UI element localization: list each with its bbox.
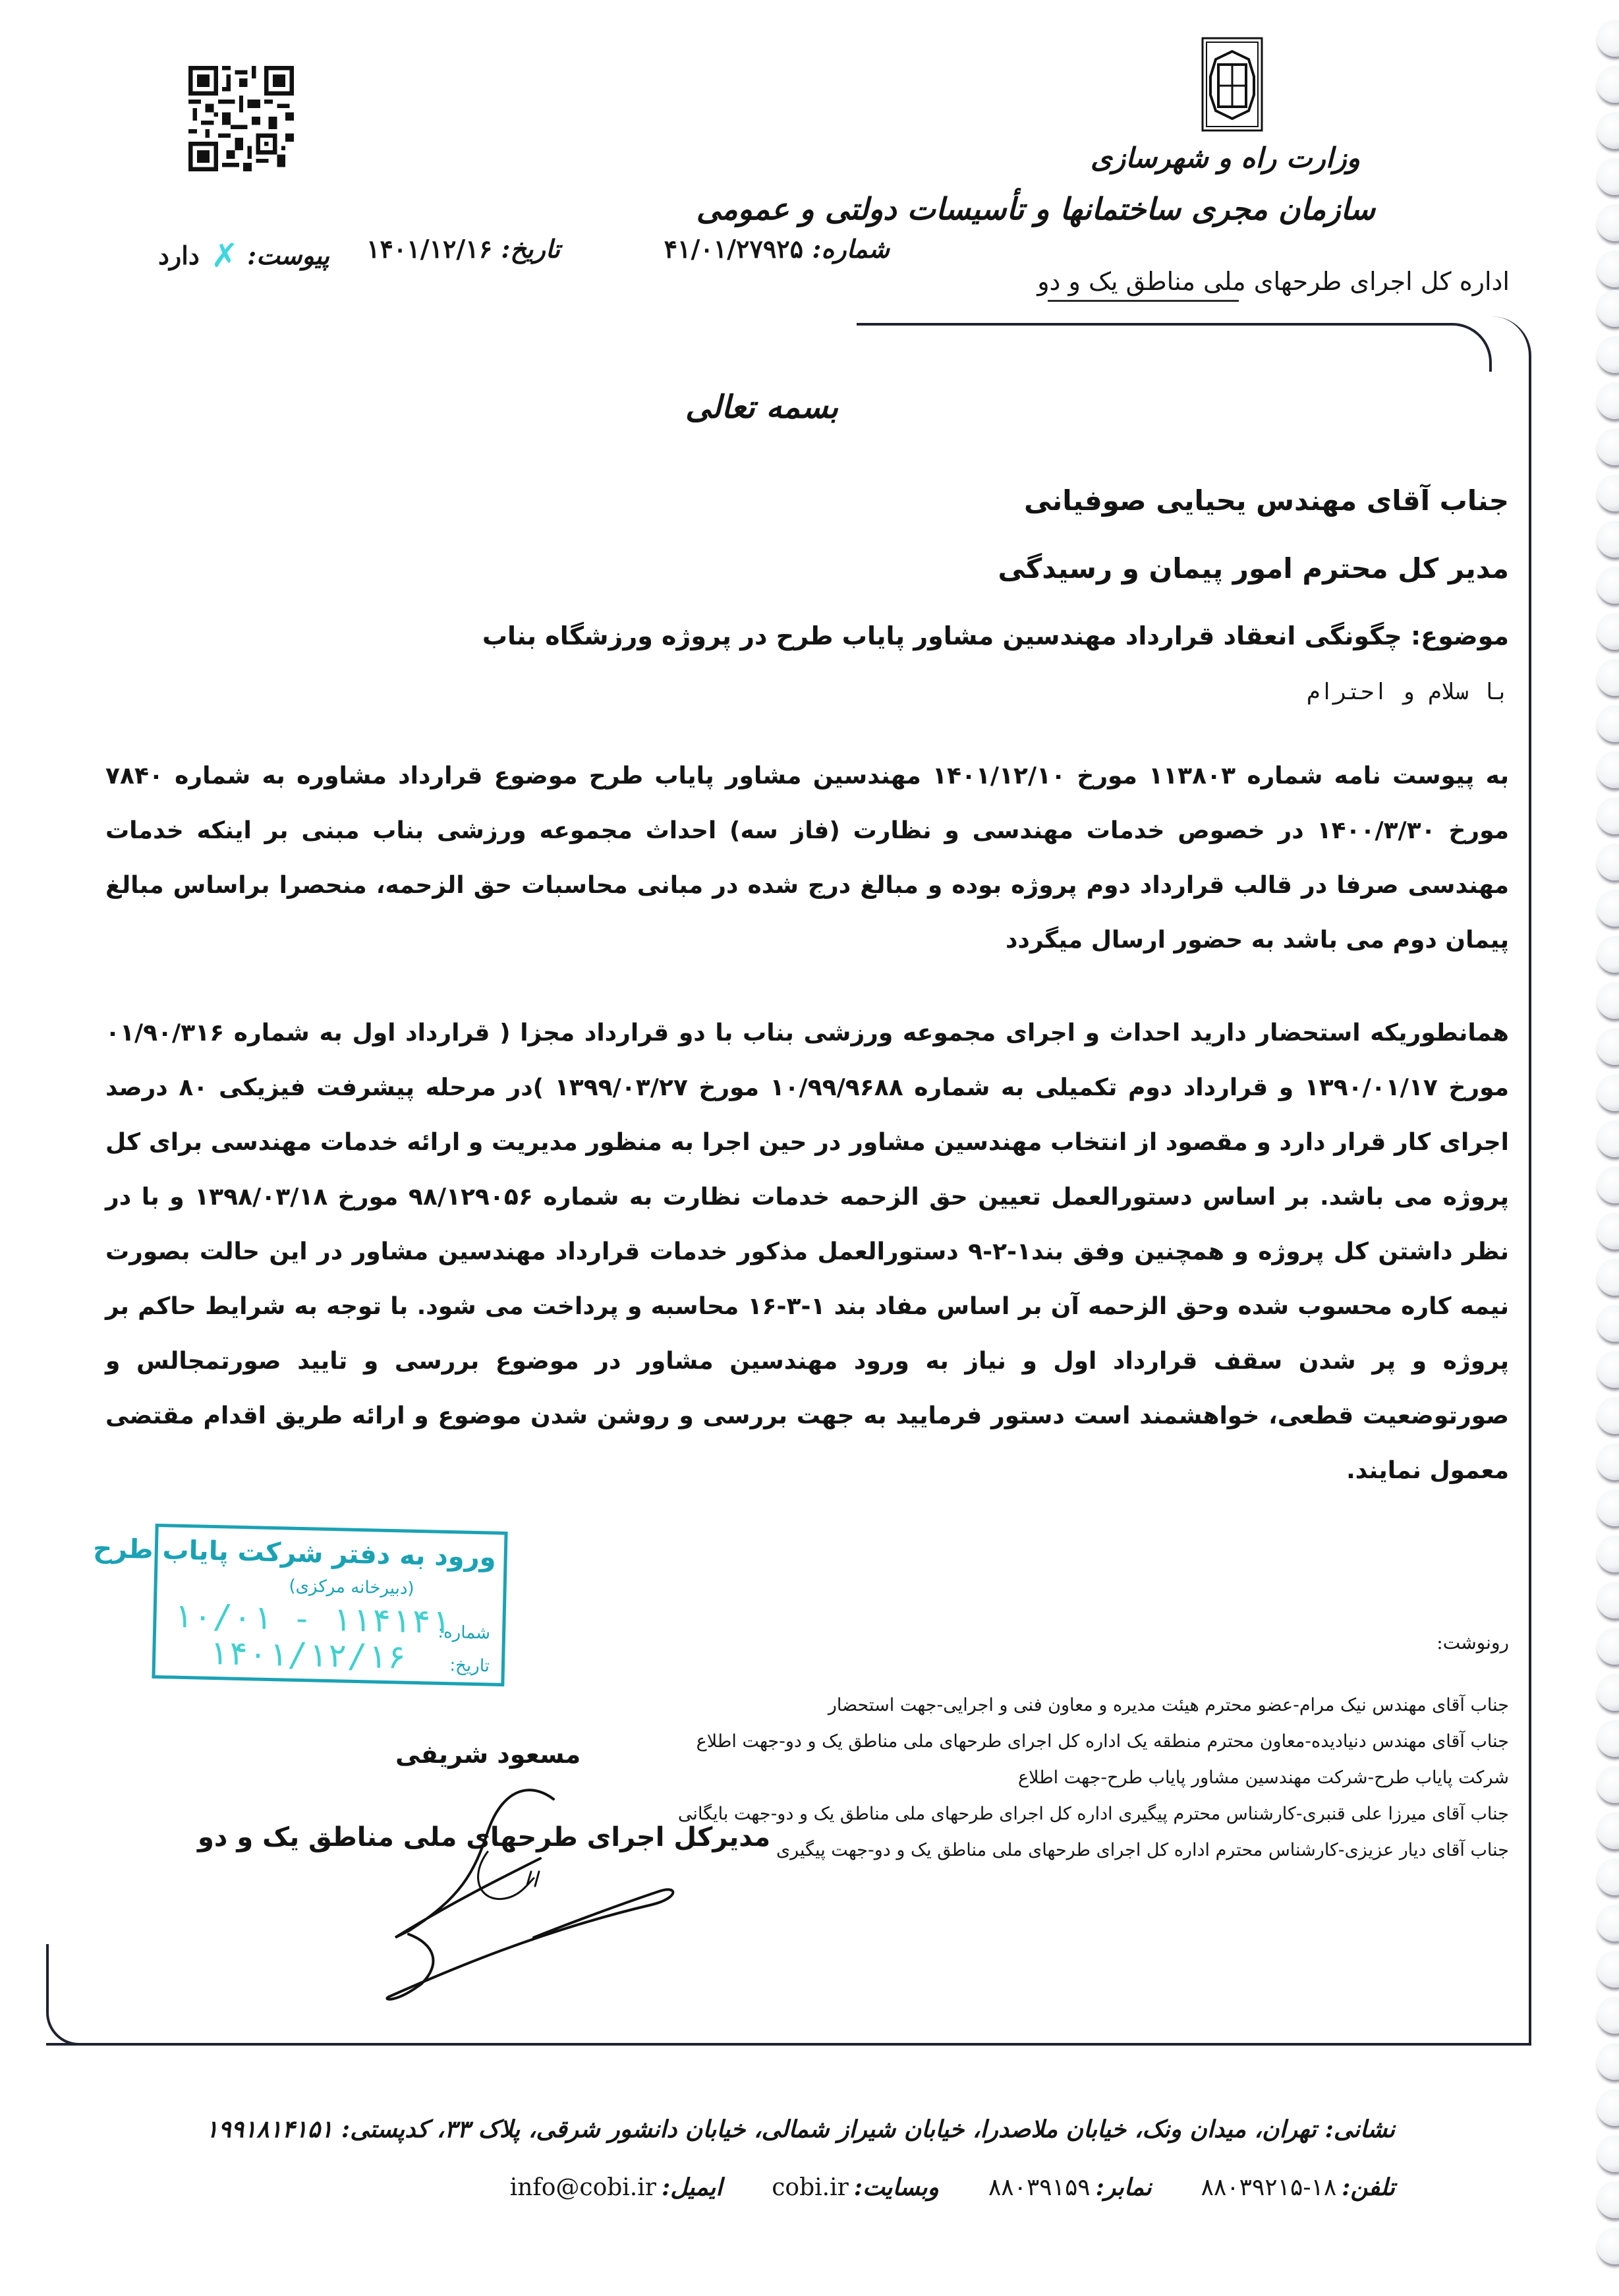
binder-hole bbox=[1597, 1166, 1619, 1203]
binder-hole bbox=[1597, 890, 1619, 927]
binder-hole bbox=[1597, 1535, 1619, 1572]
binder-hole bbox=[1597, 751, 1619, 788]
binder-hole bbox=[1597, 982, 1619, 1019]
footer-contacts: تلفن: ۸۸۰۳۹۲۱۵-۱۸ نمابر: ۸۸۰۳۹۱۵۹ وبسایت… bbox=[461, 2173, 1395, 2201]
letter-number: شماره: ۴۱/۰۱/۲۷۹۲۵ bbox=[664, 234, 890, 264]
binder-hole bbox=[1597, 613, 1619, 650]
binder-hole bbox=[1597, 1259, 1619, 1296]
binder-hole bbox=[1597, 1489, 1619, 1526]
binder-hole bbox=[1597, 1305, 1619, 1342]
binder-hole bbox=[1597, 1674, 1619, 1711]
binder-hole bbox=[1597, 2135, 1619, 2172]
binder-hole bbox=[1597, 1120, 1619, 1157]
letter-date: تاریخ: ۱۴۰۱/۱۲/۱۶ bbox=[366, 234, 560, 264]
header-divider bbox=[1048, 300, 1239, 302]
binder-hole bbox=[1597, 567, 1619, 604]
binder-hole bbox=[1597, 705, 1619, 742]
binder-hole bbox=[1597, 844, 1619, 880]
binder-hole bbox=[1597, 1628, 1619, 1665]
signer-name: مسعود شریفی bbox=[395, 1740, 581, 1769]
binder-hole bbox=[1597, 1582, 1619, 1619]
binder-hole bbox=[1597, 1812, 1619, 1849]
binder-hole bbox=[1597, 158, 1619, 195]
cc-heading: رونوشت: bbox=[1436, 1632, 1509, 1653]
binder-hole bbox=[1597, 659, 1619, 696]
binder-hole bbox=[1597, 428, 1619, 465]
email-link[interactable]: info@cobi.ir bbox=[510, 2174, 656, 2201]
binder-hole bbox=[1597, 20, 1619, 57]
binder-hole bbox=[1597, 2089, 1619, 2126]
footer-address: نشانی: تهران، میدان ونک، خیابان ملاصدرا،… bbox=[206, 2115, 1395, 2143]
binder-hole bbox=[1597, 474, 1619, 511]
cc-item: جناب آقای مهندس نیک مرام-عضو محترم هیئت … bbox=[678, 1687, 1509, 1723]
body-paragraph: همانطوریکه استحضار دارید احداث و اجرای م… bbox=[105, 1006, 1509, 1498]
binder-hole bbox=[1597, 66, 1619, 103]
department-name: اداره کل اجرای طرحهای ملی مناطق یک و دو bbox=[1037, 267, 1510, 296]
fax-label: نمابر: bbox=[1096, 2173, 1152, 2201]
website-label: وبسایت: bbox=[854, 2173, 939, 2201]
website-link[interactable]: cobi.ir bbox=[772, 2174, 849, 2201]
fax-value: ۸۸۰۳۹۱۵۹ bbox=[988, 2174, 1091, 2201]
body-paragraph: به پیوست نامه شماره ۱۱۳۸۰۳ مورخ ۱۴۰۱/۱۲/… bbox=[105, 749, 1509, 967]
binder-hole bbox=[1597, 2043, 1619, 2080]
stamp-date-handwritten: ۱۴۰۱/۱۲/۱۶ bbox=[208, 1634, 407, 1677]
email-label: ایمیل: bbox=[662, 2173, 722, 2201]
stamp-subtitle: (دبیرخانه مرکزی) bbox=[289, 1576, 414, 1599]
binder-hole bbox=[1597, 1028, 1619, 1065]
received-stamp: ورود به دفتر شرکت پایاب طرح (دبیرخانه مر… bbox=[152, 1524, 507, 1686]
cc-item: جناب آقای مهندس دنیادیده-معاون محترم منط… bbox=[678, 1723, 1509, 1760]
binder-hole bbox=[1597, 250, 1619, 287]
phone-value: ۸۸۰۳۹۲۱۵-۱۸ bbox=[1201, 2174, 1337, 2201]
binder-holes bbox=[1594, 0, 1619, 2296]
binder-hole bbox=[1597, 936, 1619, 973]
binder-hole bbox=[1597, 204, 1619, 241]
binder-hole bbox=[1597, 1213, 1619, 1249]
page-frame-corner bbox=[46, 1944, 128, 2046]
letter-number-value: ۴۱/۰۱/۲۷۹۲۵ bbox=[664, 234, 803, 264]
binder-hole bbox=[1597, 1905, 1619, 1941]
binder-hole bbox=[1597, 1720, 1619, 1757]
binder-hole bbox=[1597, 336, 1619, 373]
binder-hole bbox=[1597, 1397, 1619, 1434]
binder-hole bbox=[1597, 2181, 1619, 2218]
binder-hole bbox=[1597, 290, 1619, 327]
letter-date-value: ۱۴۰۱/۱۲/۱۶ bbox=[366, 234, 492, 264]
greeting: با سلام و احترام bbox=[1307, 679, 1509, 705]
organization-name: سازمان مجری ساختمانها و تأسیسات دولتی و … bbox=[696, 191, 1375, 227]
phone-label: تلفن: bbox=[1342, 2173, 1395, 2201]
binder-hole bbox=[1597, 1443, 1619, 1480]
binder-hole bbox=[1597, 797, 1619, 834]
recipient-title: مدیر کل محترم امور پیمان و رسیدگی bbox=[998, 552, 1509, 585]
footer-email: ایمیل: info@cobi.ir bbox=[510, 2173, 723, 2201]
ministry-logo-icon bbox=[1201, 37, 1263, 132]
footer-phone: تلفن: ۸۸۰۳۹۲۱۵-۱۸ bbox=[1201, 2173, 1395, 2201]
binder-hole bbox=[1597, 382, 1619, 419]
binder-hole bbox=[1597, 1858, 1619, 1895]
ministry-name: وزارت راه و شهرسازی bbox=[1091, 142, 1360, 174]
binder-hole bbox=[1597, 1766, 1619, 1803]
handwritten-x-icon: ✗ bbox=[211, 237, 239, 275]
binder-hole bbox=[1597, 521, 1619, 558]
letter-attachment: پیوست: ✗ دارد bbox=[158, 234, 329, 272]
letter-number-label: شماره: bbox=[812, 234, 890, 264]
footer-fax: نمابر: ۸۸۰۳۹۱۵۹ bbox=[988, 2173, 1152, 2201]
attachment-value: دارد bbox=[158, 241, 200, 270]
letter-date-label: تاریخ: bbox=[501, 234, 560, 264]
recipient-name: جناب آقای مهندس یحیایی صوفیانی bbox=[1024, 484, 1509, 517]
basmala: بسمه تعالی bbox=[685, 389, 838, 426]
binder-hole bbox=[1597, 2227, 1619, 2264]
letter-subject: موضوع: چگونگی انعقاد قرارداد مهندسین مشا… bbox=[482, 621, 1509, 650]
binder-hole bbox=[1597, 1351, 1619, 1388]
binder-hole bbox=[1597, 112, 1619, 149]
letter-meta: شماره: ۴۱/۰۱/۲۷۹۲۵ تاریخ: ۱۴۰۱/۱۲/۱۶ پیو… bbox=[152, 234, 890, 280]
attachment-label: پیوست: bbox=[247, 241, 329, 270]
qr-code-icon bbox=[188, 66, 294, 171]
binder-hole bbox=[1597, 1951, 1619, 1988]
binder-hole bbox=[1597, 1074, 1619, 1111]
stamp-date-label: تاریخ: bbox=[449, 1655, 490, 1676]
handwritten-signature-icon bbox=[369, 1773, 896, 2010]
binder-hole bbox=[1597, 1997, 1619, 2034]
footer-website: وبسایت: cobi.ir bbox=[772, 2173, 939, 2201]
